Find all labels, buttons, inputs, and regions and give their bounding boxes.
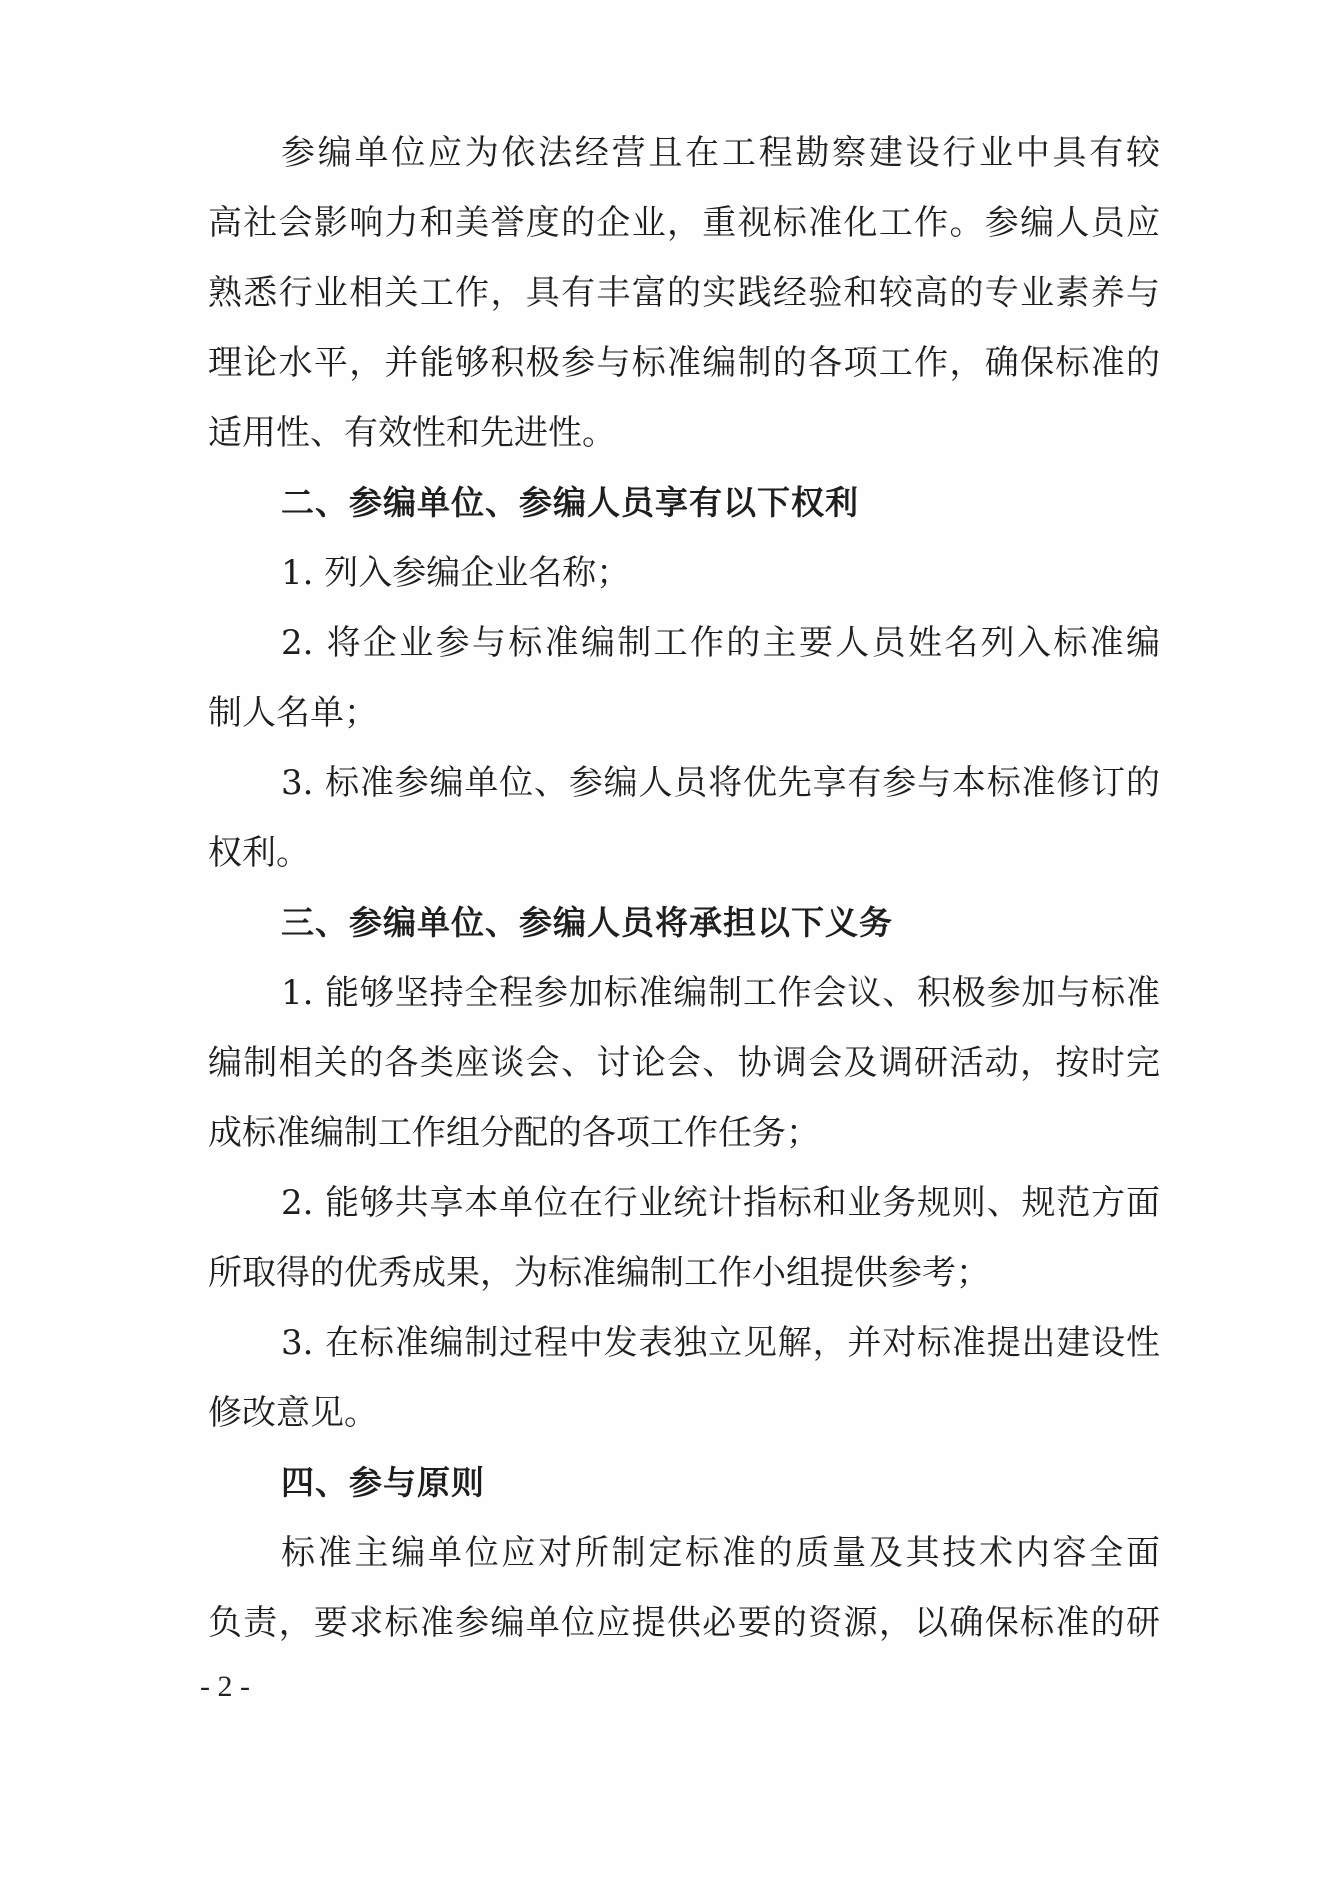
- list-item-line: 1. 能够坚持全程参加标准编制工作会议、积极参加与标准: [208, 958, 1160, 1028]
- paragraph-line: 参编单位应为依法经营且在工程勘察建设行业中具有较: [208, 118, 1160, 188]
- section-obligations: 三、参编单位、参编人员将承担以下义务 1. 能够坚持全程参加标准编制工作会议、积…: [208, 888, 1160, 1448]
- paragraph-line: 高社会影响力和美誉度的企业，重视标准化工作。参编人员应: [208, 188, 1160, 258]
- section-heading: 三、参编单位、参编人员将承担以下义务: [208, 888, 1160, 958]
- list-item: 3. 标准参编单位、参编人员将优先享有参与本标准修订的 权利。: [208, 748, 1160, 888]
- intro-paragraph: 参编单位应为依法经营且在工程勘察建设行业中具有较 高社会影响力和美誉度的企业，重…: [208, 118, 1160, 468]
- section-heading: 二、参编单位、参编人员享有以下权利: [208, 468, 1160, 538]
- list-item-line: 2. 将企业参与标准编制工作的主要人员姓名列入标准编: [208, 608, 1160, 678]
- list-item: 2. 将企业参与标准编制工作的主要人员姓名列入标准编 制人名单；: [208, 608, 1160, 748]
- paragraph-line: 理论水平，并能够积极参与标准编制的各项工作，确保标准的: [208, 328, 1160, 398]
- list-item: 1. 能够坚持全程参加标准编制工作会议、积极参加与标准 编制相关的各类座谈会、讨…: [208, 958, 1160, 1168]
- paragraph-line: 标准主编单位应对所制定标准的质量及其技术内容全面: [208, 1518, 1160, 1588]
- list-item: 2. 能够共享本单位在行业统计指标和业务规则、规范方面 所取得的优秀成果，为标准…: [208, 1168, 1160, 1308]
- list-item-line: 成标准编制工作组分配的各项工作任务；: [208, 1098, 1160, 1168]
- list-item-line: 3. 在标准编制过程中发表独立见解，并对标准提出建设性: [208, 1308, 1160, 1378]
- principles-paragraph: 标准主编单位应对所制定标准的质量及其技术内容全面 负责，要求标准参编单位应提供必…: [208, 1518, 1160, 1658]
- paragraph-line: 适用性、有效性和先进性。: [208, 398, 1160, 468]
- paragraph-line: 熟悉行业相关工作，具有丰富的实践经验和较高的专业素养与: [208, 258, 1160, 328]
- list-item-line: 1. 列入参编企业名称；: [208, 538, 1160, 608]
- document-page: 参编单位应为依法经营且在工程勘察建设行业中具有较 高社会影响力和美誉度的企业，重…: [208, 118, 1160, 1658]
- list-item-line: 3. 标准参编单位、参编人员将优先享有参与本标准修订的: [208, 748, 1160, 818]
- list-item-line: 修改意见。: [208, 1378, 1160, 1448]
- section-principles: 四、参与原则 标准主编单位应对所制定标准的质量及其技术内容全面 负责，要求标准参…: [208, 1448, 1160, 1658]
- paragraph-line: 负责，要求标准参编单位应提供必要的资源，以确保标准的研: [208, 1588, 1160, 1658]
- list-item-line: 权利。: [208, 818, 1160, 888]
- section-heading: 四、参与原则: [208, 1448, 1160, 1518]
- page-number: - 2 -: [200, 1670, 250, 1704]
- list-item-line: 制人名单；: [208, 678, 1160, 748]
- list-item: 3. 在标准编制过程中发表独立见解，并对标准提出建设性 修改意见。: [208, 1308, 1160, 1448]
- list-item-line: 编制相关的各类座谈会、讨论会、协调会及调研活动，按时完: [208, 1028, 1160, 1098]
- list-item-line: 所取得的优秀成果，为标准编制工作小组提供参考；: [208, 1238, 1160, 1308]
- section-rights: 二、参编单位、参编人员享有以下权利 1. 列入参编企业名称； 2. 将企业参与标…: [208, 468, 1160, 888]
- list-item-line: 2. 能够共享本单位在行业统计指标和业务规则、规范方面: [208, 1168, 1160, 1238]
- list-item: 1. 列入参编企业名称；: [208, 538, 1160, 608]
